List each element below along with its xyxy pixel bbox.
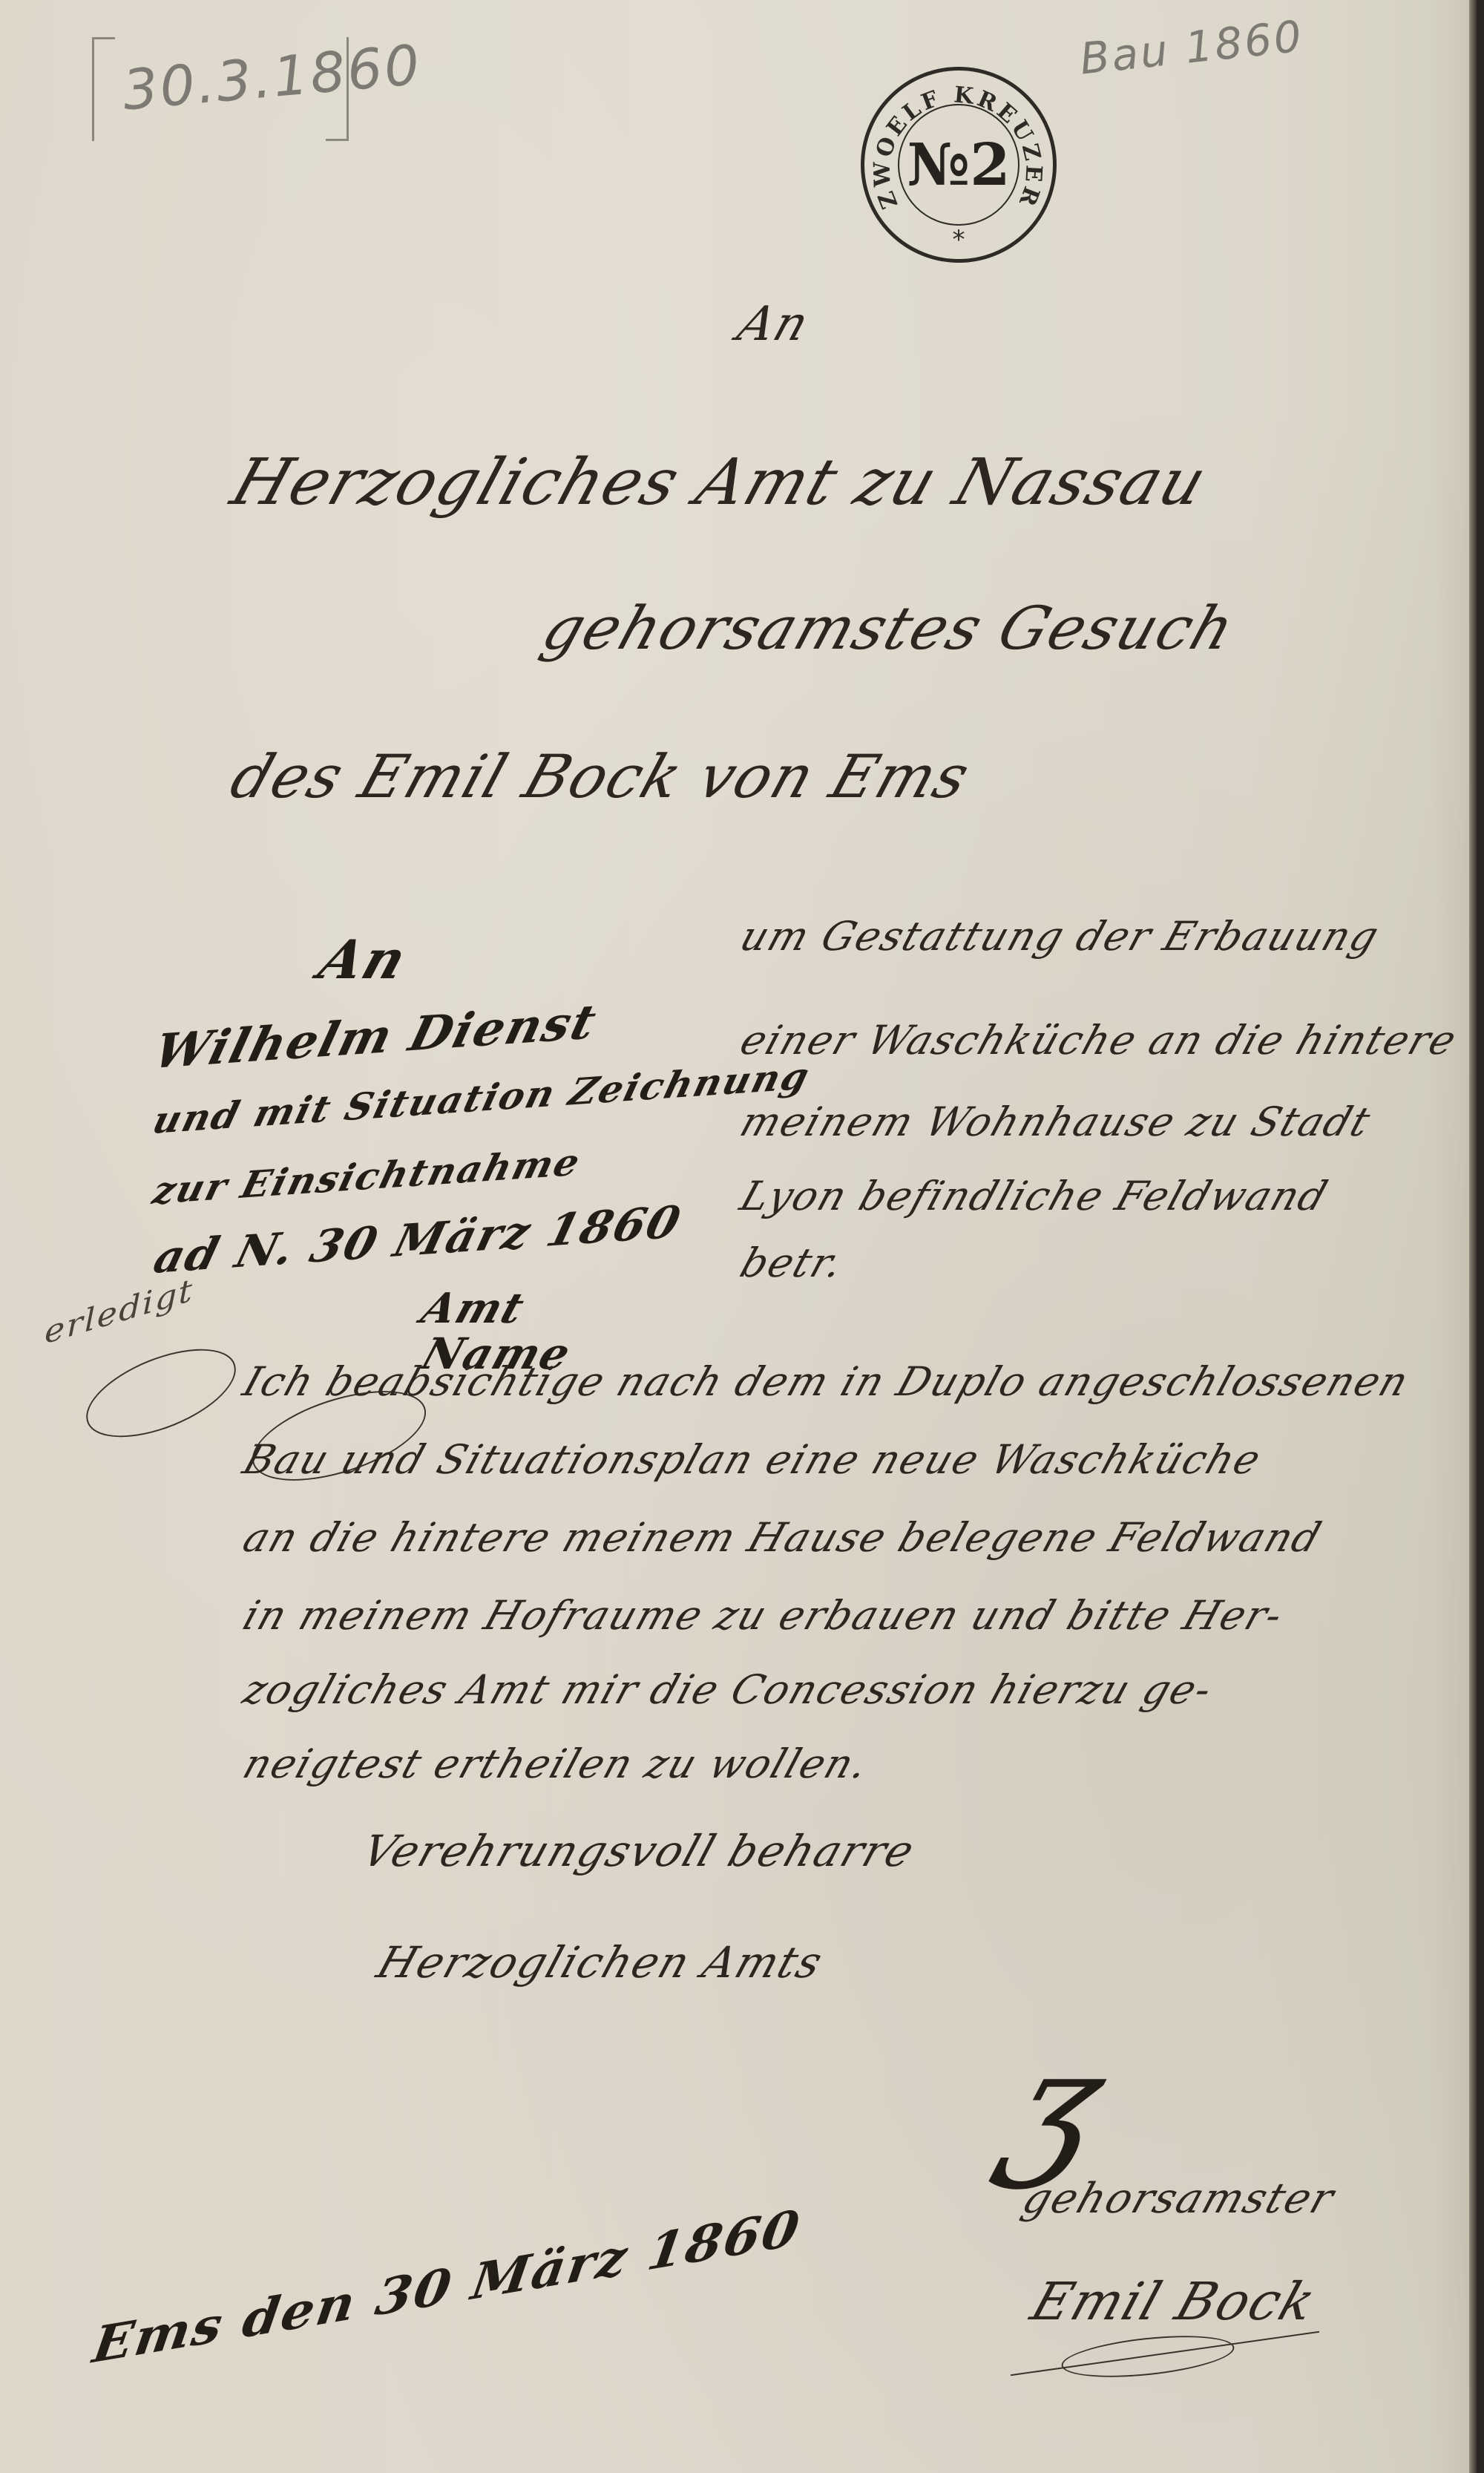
signature-flourish: ʒ [987,2019,1129,2192]
stamp-number: №2 [907,131,1010,199]
tax-stamp: ZWOELF KREUZER №2 * [861,67,1057,263]
subject-line: um Gestattung der Erbauung [735,913,1385,960]
body-line: Bau und Situationsplan eine neue Waschkü… [237,1436,1267,1483]
resolution-line: ad N. 30 März 1860 [148,1196,687,1284]
subject-line: einer Waschküche an die hintere [735,1017,1463,1064]
salutation: An [731,297,816,352]
body-line: in meinem Hofraume zu erbauen und bitte … [237,1592,1290,1639]
star-icon: * [864,225,1053,255]
request-title: gehorsamstes Gesuch [534,594,1244,663]
recipient-line: Herzogliches Amt zu Nassau [223,445,1217,520]
archive-note-top-right: Bau 1860 [1077,10,1306,84]
signature-loop [1060,2329,1236,2384]
closing-line: Verehrungsvoll beharre [356,1826,922,1876]
sender-line: des Emil Bock von Ems [223,742,979,811]
resolution-line: An [312,928,416,991]
closing-line: Herzoglichen Amts [371,1937,830,1988]
resolution-line: Amt [416,1284,531,1333]
signature-title: gehorsamster [1017,2175,1341,2223]
subject-line: betr. [735,1239,850,1286]
body-line: Ich beabsichtige nach dem in Duplo anges… [237,1358,1416,1405]
body-line: neigtest ertheilen zu wollen. [237,1740,876,1787]
footer-date: Ems den 30 März 1860 [89,2198,804,2375]
resolution-line: zur Einsichtnahme [148,1140,585,1213]
side-note: erledigt [45,1271,194,1352]
subject-line: meinem Wohnhause zu Stadt [735,1098,1377,1145]
resolution-line: Wilhelm Dienst [148,995,603,1080]
body-line: zogliches Amt mir die Concession hierzu … [237,1666,1219,1713]
body-line: an die hintere meinem Hause belegene Fel… [237,1514,1328,1561]
signature-name: Emil Bock [1024,2271,1324,2332]
stamp-center: №2 [898,104,1020,226]
side-note-oval [74,1331,248,1455]
subject-line: Lyon befindliche Feldwand [735,1173,1334,1219]
document-page: 30.3.1860 Bau 1860 ZWOELF KREUZER №2 * A… [0,0,1477,2473]
paper-edge [1469,0,1477,2473]
